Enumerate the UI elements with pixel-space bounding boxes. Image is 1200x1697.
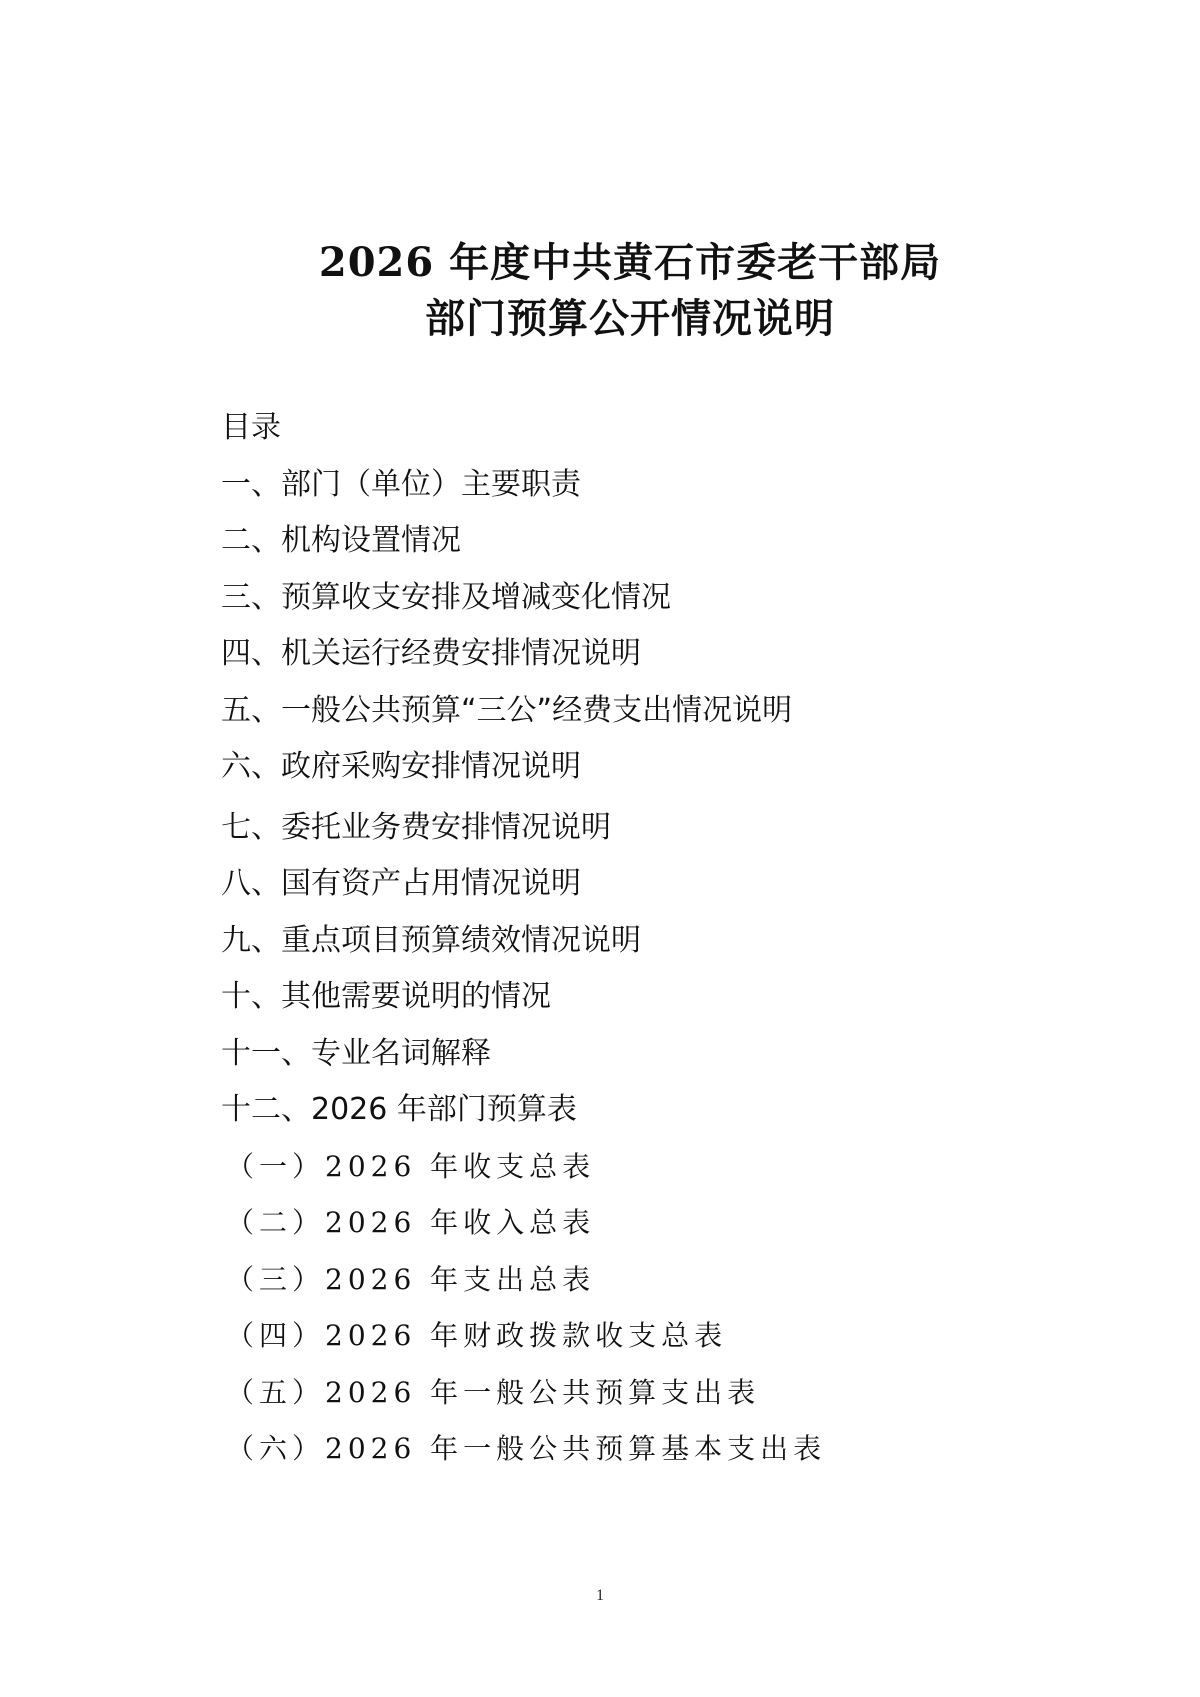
document-title-line-2: 部门预算公开情况说明 <box>0 287 1200 344</box>
toc-sub-item: （六）2026 年一般公共预算基本支出表 <box>226 1429 826 1469</box>
toc-item: 十一、专业名词解释 <box>221 1034 491 1074</box>
toc-heading: 目录 <box>221 408 281 448</box>
toc-item: 九、重点项目预算绩效情况说明 <box>221 921 641 961</box>
toc-item: 八、国有资产占用情况说明 <box>221 864 581 904</box>
toc-item: 十、其他需要说明的情况 <box>221 977 551 1017</box>
toc-sub-item: （一）2026 年收支总表 <box>226 1147 595 1187</box>
toc-item: 四、机关运行经费安排情况说明 <box>221 634 641 674</box>
toc-sub-item: （五）2026 年一般公共预算支出表 <box>226 1373 760 1413</box>
document-title-line-1: 2026 年度中共黄石市委老干部局 <box>0 231 1200 288</box>
page-number: 1 <box>0 1587 1200 1605</box>
toc-item: 七、委托业务费安排情况说明 <box>221 808 611 848</box>
toc-item: 三、预算收支安排及增减变化情况 <box>221 578 671 618</box>
toc-item: 五、一般公共预算“三公”经费支出情况说明 <box>221 691 792 731</box>
toc-sub-item: （二）2026 年收入总表 <box>226 1203 595 1243</box>
toc-sub-item: （四）2026 年财政拨款收支总表 <box>226 1316 727 1356</box>
toc-item: 六、政府采购安排情况说明 <box>221 747 581 787</box>
toc-item: 二、机构设置情况 <box>221 521 461 561</box>
toc-item: 一、部门（单位）主要职责 <box>221 465 581 505</box>
toc-sub-item: （三）2026 年支出总表 <box>226 1260 595 1300</box>
toc-item: 十二、2026 年部门预算表 <box>221 1090 577 1130</box>
